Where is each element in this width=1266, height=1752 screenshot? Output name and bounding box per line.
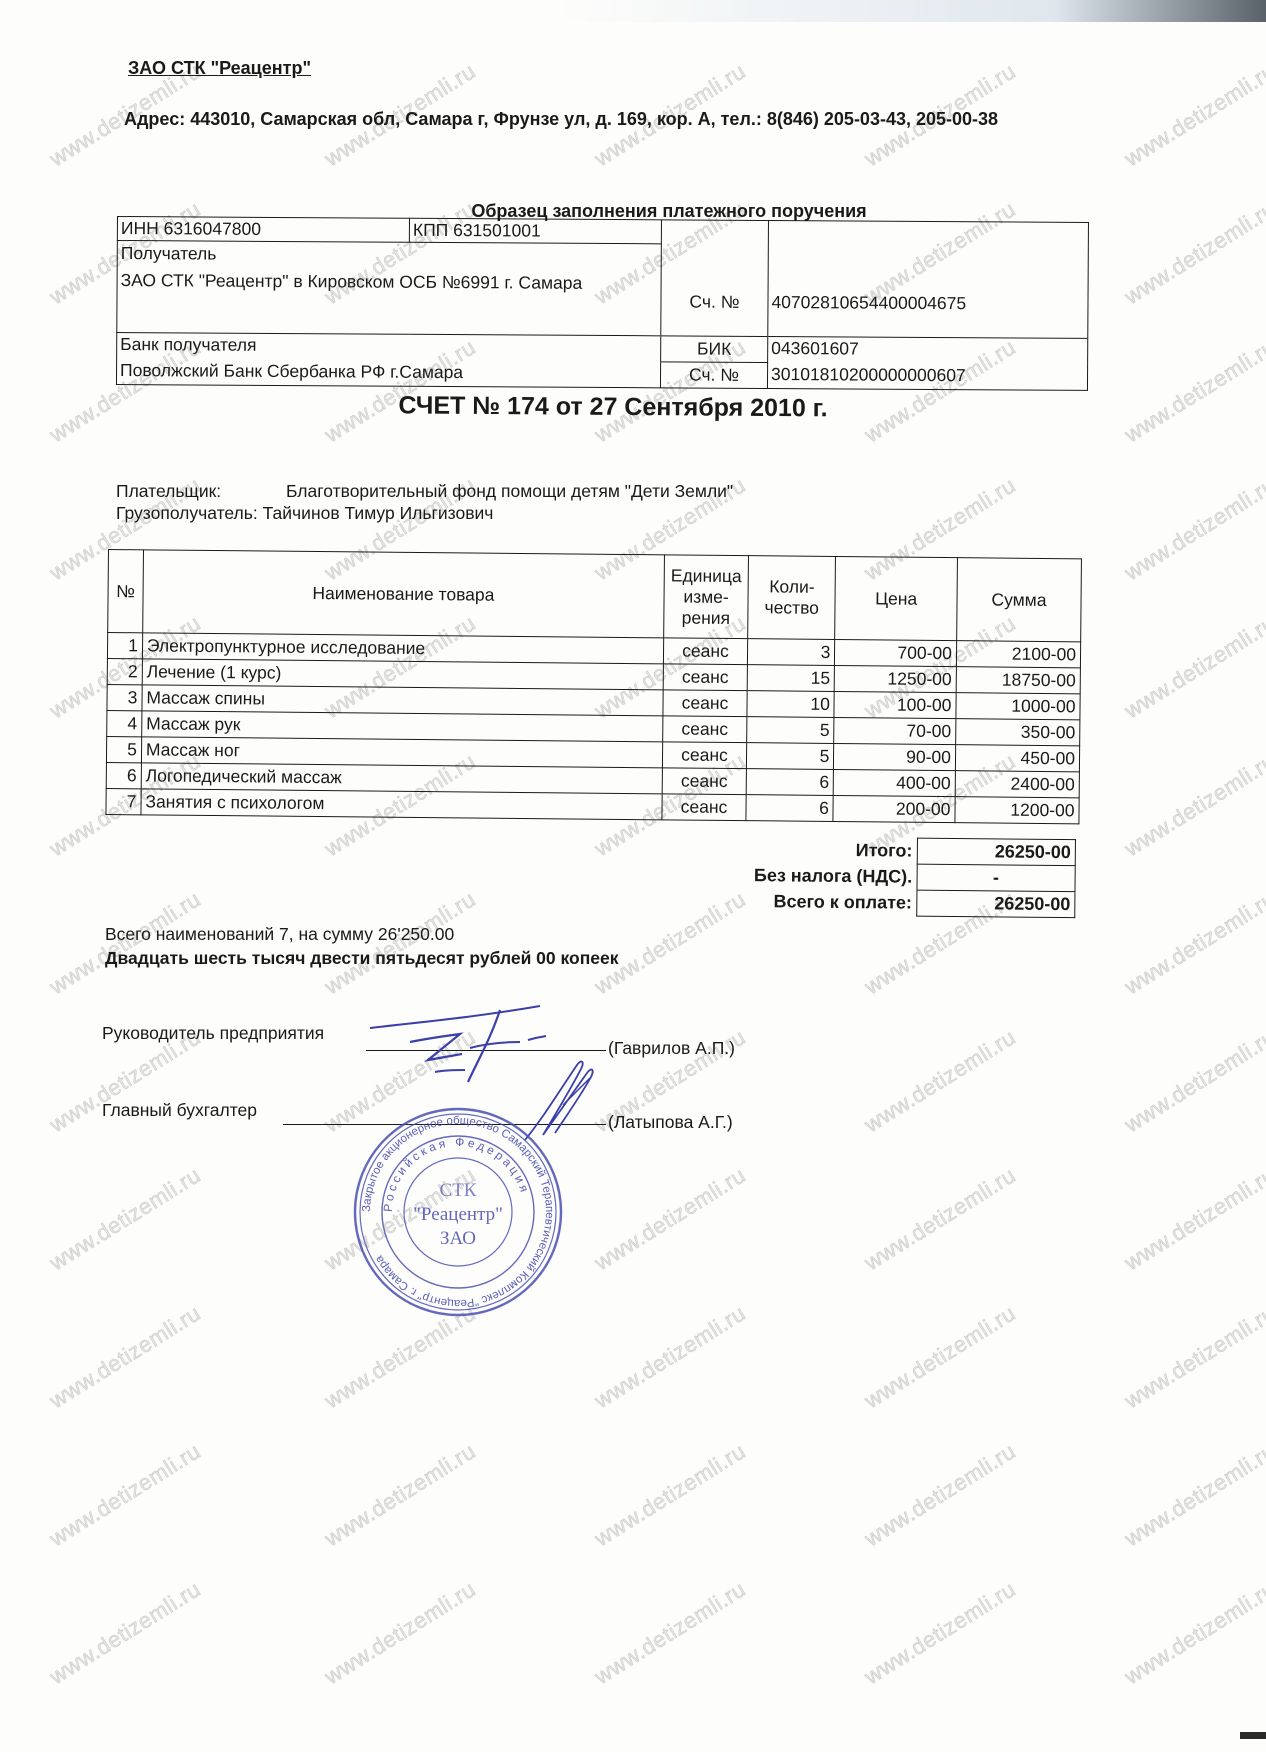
col-header-unit: Единица изме- рения: [664, 555, 749, 639]
watermark-text: www.detizemli.ru: [45, 1162, 206, 1276]
watermark-text: www.detizemli.ru: [590, 1300, 751, 1414]
invoice-title: СЧЕТ № 174 от 27 Сентября 2010 г.: [0, 389, 1266, 427]
watermark-text: www.detizemli.ru: [45, 1576, 206, 1690]
row-unit: сеанс: [663, 638, 748, 665]
col-header-no: №: [108, 550, 144, 633]
recipient-name: ЗАО СТК "Реацентр" в Кировском ОСБ №6991…: [121, 269, 591, 295]
director-label: Руководитель предприятия: [102, 1023, 324, 1044]
payer-value: Благотворительный фонд помощи детям "Дет…: [286, 481, 733, 501]
company-stamp: Закрытое акционерное общество Самарский …: [352, 1106, 564, 1318]
row-unit: сеанс: [663, 664, 748, 691]
watermark-text: www.detizemli.ru: [1120, 748, 1266, 862]
row-qty: 10: [747, 691, 834, 718]
watermark-text: www.detizemli.ru: [860, 1576, 1021, 1690]
row-qty: 6: [746, 795, 833, 822]
company-name: ЗАО СТК "Реацентр": [128, 58, 311, 79]
watermark-text: www.detizemli.ru: [320, 1576, 481, 1690]
tax-value: -: [917, 864, 1076, 892]
watermark-text: www.detizemli.ru: [590, 1162, 751, 1276]
row-sum: 2400-00: [955, 771, 1079, 798]
payer-label: Плательщик:: [116, 480, 286, 502]
row-no: 5: [106, 736, 141, 762]
consignee-label: Грузополучатель:: [116, 503, 258, 523]
recipient-label: Получатель: [121, 242, 658, 268]
watermark-text: www.detizemli.ru: [1120, 1024, 1266, 1138]
col-header-qty: Коли- чество: [748, 556, 836, 640]
invoice-parties: Плательщик:Благотворительный фонд помощи…: [116, 480, 733, 524]
stamp-center-line-1: СТК: [440, 1180, 477, 1201]
row-sum: 18750-00: [956, 667, 1080, 694]
row-name: Занятия с психологом: [141, 789, 662, 820]
row-qty: 5: [747, 743, 834, 770]
row-unit: сеанс: [663, 690, 748, 717]
row-sum: 450-00: [955, 745, 1079, 772]
watermark-text: www.detizemli.ru: [590, 1438, 751, 1552]
watermark-text: www.detizemli.ru: [1120, 886, 1266, 1000]
stamp-center-line-3: ЗАО: [440, 1228, 476, 1249]
items-table: № Наименование товара Единица изме- рени…: [105, 549, 1082, 824]
row-unit: сеанс: [662, 768, 747, 795]
row-qty: 6: [746, 769, 833, 796]
watermark-text: www.detizemli.ru: [860, 1300, 1021, 1414]
row-qty: 15: [747, 665, 834, 692]
row-price: 100-00: [834, 691, 956, 718]
accountant-name: (Латыпова А.Г.): [608, 1112, 733, 1133]
row-sum: 1000-00: [956, 693, 1080, 720]
director-name: (Гаврилов А.П.): [608, 1038, 735, 1059]
bik-label: БИК: [661, 336, 768, 363]
row-no: 4: [107, 710, 142, 736]
watermark-text: www.detizemli.ru: [1120, 610, 1266, 724]
summary-count-line: Всего наименований 7, на сумму 26'250.00: [105, 922, 619, 946]
watermark-text: www.detizemli.ru: [1120, 472, 1266, 586]
watermark-text: www.detizemli.ru: [1120, 58, 1266, 172]
row-sum: 350-00: [956, 719, 1080, 746]
col-header-price: Цена: [835, 556, 957, 640]
row-price: 400-00: [834, 769, 956, 796]
row-unit: сеанс: [663, 716, 748, 743]
col-header-sum: Сумма: [957, 558, 1082, 642]
watermark-text: www.detizemli.ru: [320, 1438, 481, 1552]
accountant-label: Главный бухгалтер: [102, 1100, 257, 1121]
watermark-text: www.detizemli.ru: [45, 1438, 206, 1552]
row-no: 2: [107, 658, 142, 684]
bank-details-table: ИНН 6316047800 КПП 631501001 Сч. № 40702…: [116, 216, 1089, 391]
amount-in-words: Двадцать шесть тысяч двести пятьдесят ру…: [105, 946, 619, 970]
subtotal-value: 26250-00: [917, 838, 1076, 866]
watermark-text: www.detizemli.ru: [860, 1024, 1021, 1138]
watermark-text: www.detizemli.ru: [860, 1162, 1021, 1276]
recipient-cell: Получатель ЗАО СТК "Реацентр" в Кировско…: [117, 241, 662, 336]
total-value: 26250-00: [916, 890, 1075, 918]
row-price: 1250-00: [835, 665, 957, 692]
watermark-text: www.detizemli.ru: [1120, 334, 1266, 448]
account-label: Сч. №: [661, 220, 769, 337]
row-price: 700-00: [835, 639, 957, 666]
row-price: 200-00: [833, 795, 955, 822]
row-no: 6: [106, 762, 141, 788]
subtotal-label: Итого:: [640, 836, 917, 865]
watermark-text: www.detizemli.ru: [1120, 1438, 1266, 1552]
watermark-text: www.detizemli.ru: [590, 1576, 751, 1690]
bank-name: Поволжский Банк Сбербанка РФ г.Самара: [116, 359, 660, 388]
inn-cell: ИНН 6316047800: [117, 217, 409, 243]
scan-crop-mark: [1240, 1732, 1266, 1739]
consignee-value: Тайчинов Тимур Ильгизович: [263, 503, 494, 523]
watermark-text: www.detizemli.ru: [1120, 1162, 1266, 1276]
totals-table: Итого: 26250-00 Без налога (НДС). - Всег…: [639, 835, 1076, 918]
watermark-text: www.detizemli.ru: [1120, 1576, 1266, 1690]
stamp-center-line-2: "Реацентр": [413, 1204, 503, 1225]
row-no: 3: [107, 684, 142, 710]
kpp-cell: КПП 631501001: [409, 218, 661, 244]
corr-account-value: 30101810200000000607: [767, 362, 1087, 390]
watermark-text: www.detizemli.ru: [1120, 1300, 1266, 1414]
corr-account-label: Сч. №: [660, 362, 767, 389]
col-header-name: Наименование товара: [143, 550, 665, 638]
row-sum: 1200-00: [955, 797, 1079, 824]
invoice-summary: Всего наименований 7, на сумму 26'250.00…: [105, 922, 619, 970]
row-unit: сеанс: [662, 794, 747, 821]
scan-edge-shadow: [560, 0, 1266, 22]
watermark-text: www.detizemli.ru: [45, 1300, 206, 1414]
company-address: Адрес: 443010, Самарская обл, Самара г, …: [124, 108, 1044, 131]
total-label: Всего к оплате:: [639, 887, 916, 916]
bank-label: Банк получателя: [117, 333, 661, 362]
row-price: 70-00: [834, 717, 956, 744]
row-unit: сеанс: [662, 742, 747, 769]
row-qty: 3: [748, 639, 835, 666]
row-sum: 2100-00: [956, 641, 1080, 668]
bik-value: 043601607: [768, 336, 1088, 364]
row-qty: 5: [747, 717, 834, 744]
watermark-text: www.detizemli.ru: [860, 1438, 1021, 1552]
row-no: 1: [107, 633, 142, 659]
row-price: 90-00: [834, 743, 956, 770]
row-no: 7: [106, 788, 141, 814]
account-number: 40702810654400004675: [768, 220, 1089, 338]
tax-label: Без налога (НДС).: [639, 861, 916, 890]
